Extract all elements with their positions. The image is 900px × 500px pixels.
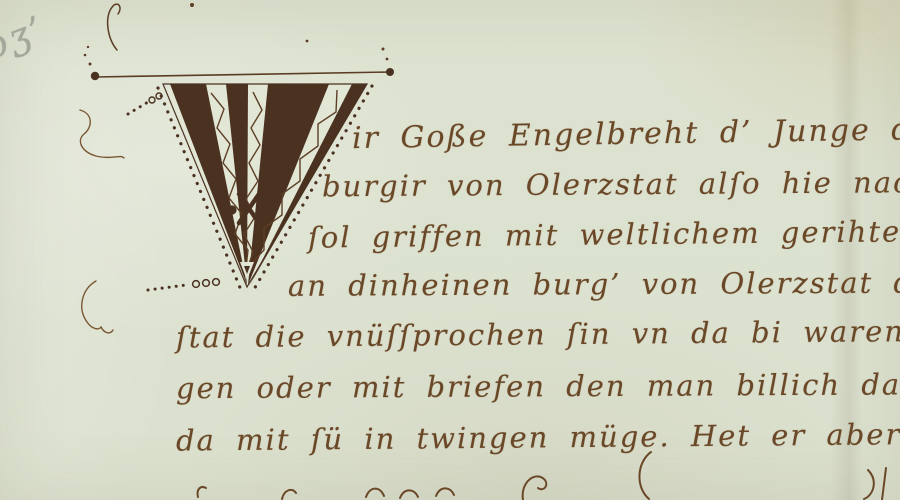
text-line: gen oder mit briefen den man billich dar… (176, 367, 900, 405)
text-line: da mit ſü in twingen müge. Het er aber ſ… (176, 416, 900, 457)
dot-chain-upper (128, 93, 162, 114)
flourish-left-upper-icon (80, 110, 124, 158)
manuscript-page: bʒ’ (0, 0, 900, 500)
text-line: an dinheinen burg’ von Olerzstat die o (288, 265, 900, 303)
dot-chain-lower (148, 279, 219, 290)
text-line: ſtat die vnüſſprochen ſin vn da bi waren… (176, 313, 900, 354)
flourish-left-mid-icon (82, 281, 113, 333)
partial-line-strokes (198, 452, 886, 500)
hook-flourish-icon (108, 4, 120, 50)
text-line: ſol griffen mit weltlichem gerihte ez ſ (308, 213, 900, 254)
top-bar-ornament (84, 3, 394, 80)
text-line: burgir von Olerzstat alſo hie nach ge (322, 165, 900, 204)
